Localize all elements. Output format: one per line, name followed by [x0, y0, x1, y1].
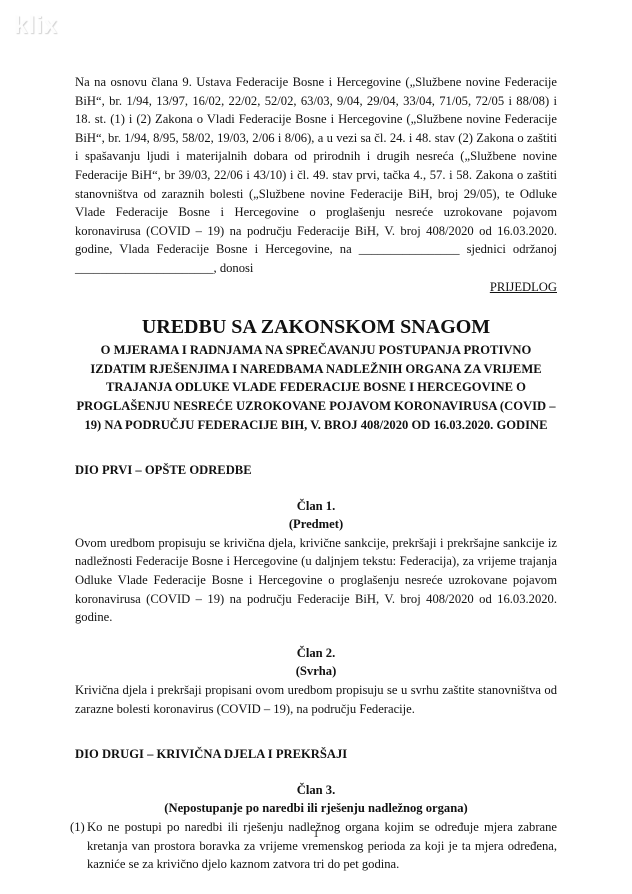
klix-logo: klix [14, 12, 58, 40]
article-number: Član 2. [75, 644, 557, 663]
article-list-item: (1) Ko ne postupi po naredbi ili rješenj… [75, 818, 557, 874]
article-number: Član 3. [75, 781, 557, 800]
section-heading-part2: DIO DRUGI – KRIVIČNA DJELA I PREKRŠAJI [75, 745, 557, 764]
document-subtitle: O MJERAMA I RADNJAMA NA SPREČAVANJU POST… [75, 341, 557, 434]
article-text: Krivična djela i prekršaji propisani ovo… [75, 681, 557, 718]
list-item-text: Ko ne postupi po naredbi ili rješenju na… [87, 818, 557, 874]
page-number: 1 [0, 828, 632, 840]
section-heading-part1: DIO PRVI – OPŠTE ODREDBE [75, 461, 557, 480]
article-name: (Predmet) [75, 515, 557, 534]
document-title: UREDBU SA ZAKONSKOM SNAGOM [75, 315, 557, 339]
article-number: Član 1. [75, 497, 557, 516]
list-item-number: (1) [70, 818, 87, 874]
article-name: (Svrha) [75, 662, 557, 681]
proposal-label: PRIJEDLOG [75, 278, 557, 297]
article-text: Ovom uredbom propisuju se krivična djela… [75, 534, 557, 627]
preamble: Na na osnovu člana 9. Ustava Federacije … [75, 73, 557, 278]
proposal-label-text: PRIJEDLOG [490, 280, 557, 294]
article-name: (Nepostupanje po naredbi ili rješenju na… [75, 799, 557, 818]
document-page: Na na osnovu člana 9. Ustava Federacije … [75, 73, 557, 874]
